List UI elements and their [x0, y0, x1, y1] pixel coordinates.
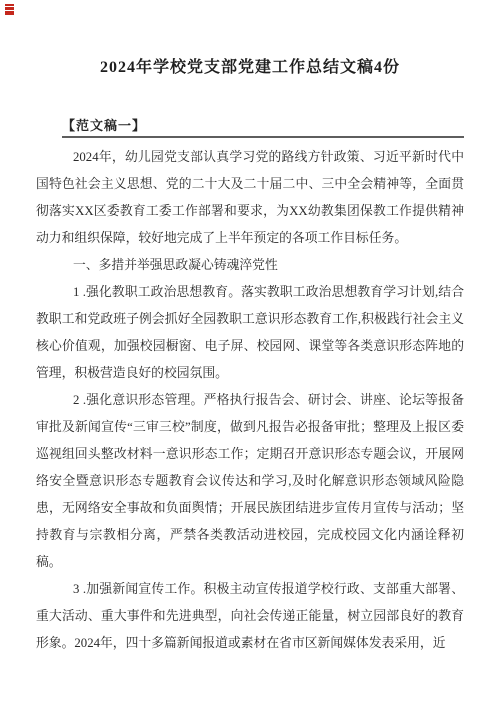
section-label: 【范文稿一】: [62, 118, 146, 133]
document-page: 2024年学校党支部党建工作总结文稿4份 【范文稿一】 2024年，幼儿园党支部…: [0, 0, 500, 707]
paragraph-item-1: 1 .强化教职工政治思想教育。落实教职工政治思想教育学习计划,结合教职工和党政班…: [36, 279, 464, 387]
red-stamp-mark: [5, 4, 14, 15]
section-heading-one: 一、多措并举强思政凝心铸魂淬党性: [36, 252, 464, 279]
paragraph-item-3: 3 .加强新闻宣传工作。积极主动宣传报道学校行政、支部重大部署、重大活动、重大事…: [36, 576, 464, 657]
paragraph-intro: 2024年，幼儿园党支部认真学习党的路线方针政策、习近平新时代中国特色社会主义思…: [36, 144, 464, 252]
paragraph-item-2: 2 .强化意识形态管理。严格执行报告会、研讨会、讲座、论坛等报备审批及新闻宣传“…: [36, 387, 464, 576]
document-title: 2024年学校党支部党建工作总结文稿4份: [36, 55, 464, 81]
section-divider: 【范文稿一】: [62, 117, 464, 138]
